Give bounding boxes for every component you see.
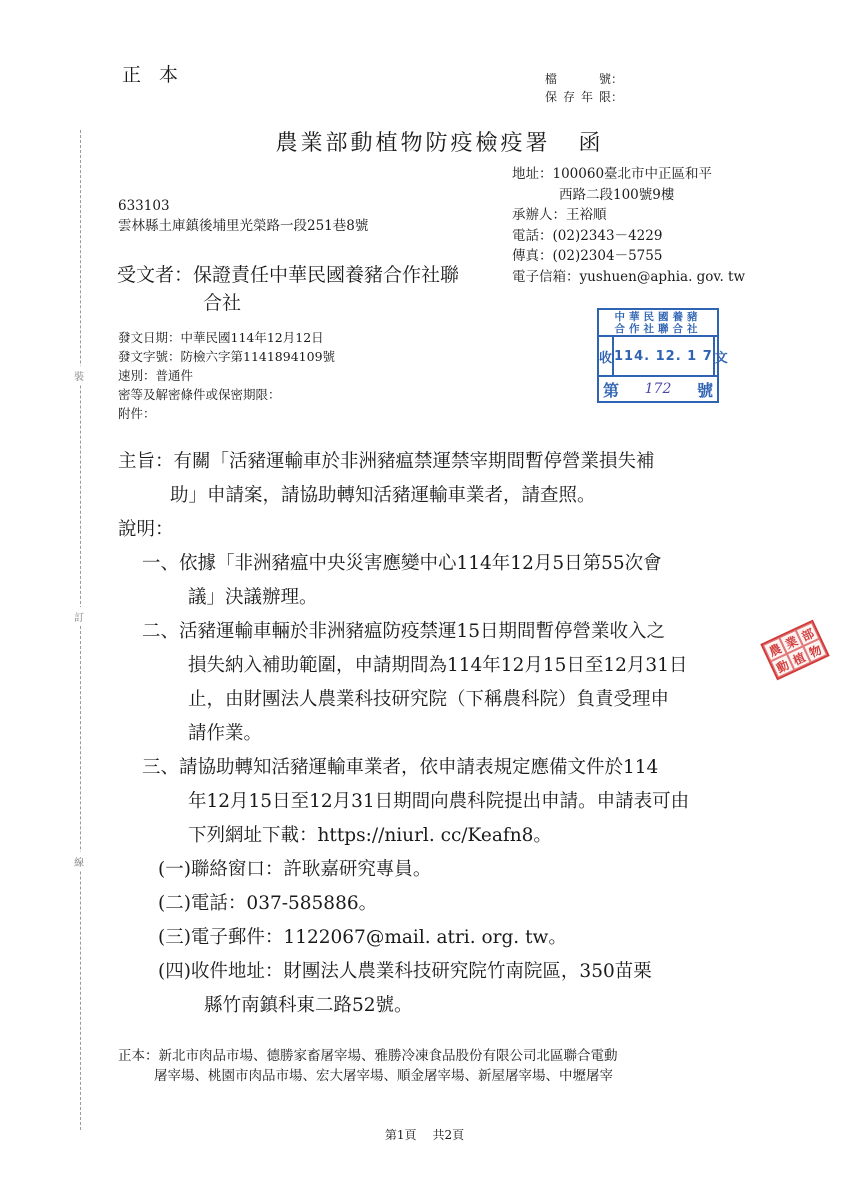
recipient-address: 633103 雲林縣土庫鎮後埔里光榮路一段251巷8號 <box>118 196 368 236</box>
file-meta: 檔號： 保存年限： <box>545 70 623 106</box>
email: 電子信箱：yushuen@aphia. gov. tw <box>512 267 745 288</box>
stamp-org-line1: 中華民國養豬 <box>599 311 717 323</box>
file-number-label: 檔號 <box>545 70 611 88</box>
sender-address-row: 地址：100060臺北市中正區和平 <box>512 164 745 185</box>
sub-item-line: (二)電話：037-585886。 <box>158 887 377 921</box>
item-line: 損失納入補助範圍，申請期間為114年12月15日至12月31日 <box>142 649 687 683</box>
recipient-label: 受文者： <box>117 264 193 286</box>
recipient-name: 保證責任中華民國養豬合作社聯 <box>193 264 459 286</box>
stamp-org-line2: 合作社聯合社 <box>599 323 717 335</box>
explanation-item-1: 一、依據「非洲豬瘟中央災害應變中心114年12月5日第55次會 議」決議辦理。 <box>142 547 662 615</box>
carbon-copy-list: 正本：新北市肉品市場、德勝家畜屠宰場、雅勝冷凍食品股份有限公司北區聯合電動 屠宰… <box>118 1046 618 1086</box>
address-line1: 100060臺北市中正區和平 <box>553 164 713 185</box>
page-number: 第1頁共2頁 <box>0 1126 849 1143</box>
explanation-label: 說明： <box>118 513 174 547</box>
stamp-receive-char: 收 <box>599 337 614 375</box>
explanation-item-2: 二、活豬運輸車輛於非洲豬瘟防疫禁運15日期間暫停營業收入之 損失納入補助範圍，申… <box>142 615 687 751</box>
colon: ： <box>611 88 623 106</box>
fax: 傳真：(02)2304－5755 <box>512 246 745 267</box>
item-line: 議」決議辦理。 <box>142 581 662 615</box>
explanation-item-3: 三、請協助轉知活豬運輸車業者，依申請表規定應備文件於114 年12月15日至12… <box>142 751 689 853</box>
colon: ： <box>611 70 623 88</box>
item-line: 止，由財團法人農業科技研究院（下稱農科院）負責受理申 <box>142 683 687 717</box>
subject-line1: 主旨：有關「活豬運輸車於非洲豬瘟禁運禁宰期間暫停營業損失補 <box>118 445 655 479</box>
cc-line1: 正本：新北市肉品市場、德勝家畜屠宰場、雅勝冷凍食品股份有限公司北區聯合電動 <box>118 1046 618 1066</box>
issue-number: 發文字號：防檢六字第1141894109號 <box>118 347 335 366</box>
current-page: 第1頁 <box>385 1128 417 1142</box>
delivery-speed: 速別：普通件 <box>118 366 335 385</box>
sub-item-line: 縣竹南鎮科東二路52號。 <box>158 989 652 1023</box>
handler: 承辦人：王裕順 <box>512 205 745 226</box>
recipient-postcode: 633103 <box>118 196 368 216</box>
item-line: 二、活豬運輸車輛於非洲豬瘟防疫禁運15日期間暫停營業收入之 <box>142 615 687 649</box>
address-label: 地址： <box>512 164 553 185</box>
sender-info: 地址：100060臺北市中正區和平 西路二段100號9樓 承辦人：王裕順 電話：… <box>512 164 745 287</box>
stamp-no-prefix: 第 <box>603 378 619 401</box>
sub-item-mailing-address: (四)收件地址：財團法人農業科技研究院竹南院區，350苗栗 縣竹南鎮科東二路52… <box>158 955 652 1023</box>
stamp-no-suffix: 號 <box>697 378 713 401</box>
binding-line <box>80 130 81 1130</box>
total-pages: 共2頁 <box>433 1128 465 1142</box>
received-stamp: 中華民國養豬 合作社聯合社 收 114. 12. 1 7 文 第 172 號 <box>597 308 719 403</box>
sub-item-line: (三)電子郵件：1122067@mail. atri. org. tw。 <box>158 921 567 955</box>
binding-mark-zhuang: 裝 <box>74 366 84 385</box>
stamp-date: 114. 12. 1 7 <box>614 337 713 375</box>
issuing-agency: 農業部動植物防疫檢疫署 <box>275 131 550 156</box>
phone: 電話：(02)2343－4229 <box>512 226 745 247</box>
item-line: 請作業。 <box>142 717 687 751</box>
document-title: 農業部動植物防疫檢疫署函 <box>0 126 849 157</box>
item-line: 下列網址下載：https://niurl. cc/Keafn8。 <box>142 819 689 853</box>
retention-label: 保存年限 <box>545 88 611 106</box>
stamp-handwritten-number: 172 <box>645 381 672 397</box>
sub-item-contact: (一)聯絡窗口：許耿嘉研究專員。 <box>158 853 431 887</box>
recipient-line1: 受文者：保證責任中華民國養豬合作社聯 <box>117 261 459 289</box>
stamp-doc-char: 文 <box>713 337 728 375</box>
official-seal: 農 業 部 動 植 物 <box>760 620 829 681</box>
recipient: 受文者：保證責任中華民國養豬合作社聯 合社 <box>117 261 459 317</box>
item-line: 三、請協助轉知活豬運輸車業者，依申請表規定應備文件於114 <box>142 751 689 785</box>
recipient-name-cont: 合社 <box>117 289 459 317</box>
binding-mark-ding: 訂 <box>74 607 84 626</box>
recipient-street-address: 雲林縣土庫鎮後埔里光榮路一段251巷8號 <box>118 216 368 236</box>
stamp-number-row: 第 172 號 <box>599 377 717 401</box>
attachment: 附件： <box>118 404 335 423</box>
address-line2: 西路二段100號9樓 <box>512 185 745 206</box>
subject: 主旨：有關「活豬運輸車於非洲豬瘟禁運禁宰期間暫停營業損失補 助」申請案，請協助轉… <box>118 445 655 513</box>
copy-label: 正本 <box>122 60 196 87</box>
subject-line2: 助」申請案，請協助轉知活豬運輸車業者，請查照。 <box>118 479 655 513</box>
issue-date: 發文日期：中華民國114年12月12日 <box>118 328 335 347</box>
document-type: 函 <box>579 131 604 156</box>
sub-item-line: (四)收件地址：財團法人農業科技研究院竹南院區，350苗栗 <box>158 955 652 989</box>
stamp-org: 中華民國養豬 合作社聯合社 <box>599 310 717 337</box>
document-meta: 發文日期：中華民國114年12月12日 發文字號：防檢六字第1141894109… <box>118 328 335 423</box>
stamp-date-row: 收 114. 12. 1 7 文 <box>599 337 717 377</box>
item-line: 一、依據「非洲豬瘟中央災害應變中心114年12月5日第55次會 <box>142 547 662 581</box>
file-number-row: 檔號： <box>545 70 623 88</box>
binding-mark-xian: 線 <box>74 852 84 871</box>
cc-line2: 屠宰場、桃園市肉品市場、宏大屠宰場、順金屠宰場、新屋屠宰場、中壢屠宰 <box>118 1066 618 1086</box>
sub-item-email: (三)電子郵件：1122067@mail. atri. org. tw。 <box>158 921 567 955</box>
security-level: 密等及解密條件或保密期限： <box>118 385 335 404</box>
item-line: 年12月15日至12月31日期間向農科院提出申請。申請表可由 <box>142 785 689 819</box>
sub-item-line: (一)聯絡窗口：許耿嘉研究專員。 <box>158 853 431 887</box>
sub-item-phone: (二)電話：037-585886。 <box>158 887 377 921</box>
retention-row: 保存年限： <box>545 88 623 106</box>
